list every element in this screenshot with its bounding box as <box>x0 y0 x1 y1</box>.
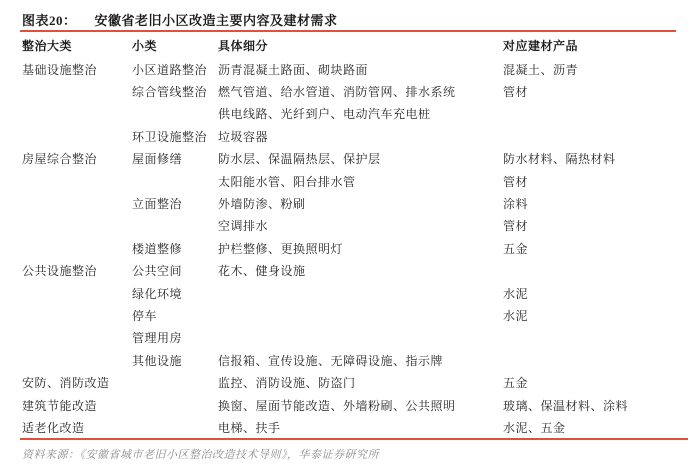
cell-category: 安防、消防改造 <box>22 374 132 391</box>
data-table: 整治大类 小类 具体细分 对应建材产品 基础设施整治 小区道路整治 沥青混凝土路… <box>22 33 676 439</box>
cell-category: 基础设施整治 <box>22 61 132 78</box>
cell-category: 适老化改造 <box>22 419 132 436</box>
table-row: 绿化环境 水泥 <box>22 282 676 304</box>
table-row: 空调排水 管材 <box>22 215 676 237</box>
cell-subcategory: 楼道整修 <box>132 240 218 257</box>
cell-detail: 垃圾容器 <box>218 128 503 145</box>
cell-material: 涂料 <box>503 195 676 212</box>
table-row: 太阳能水管、阳台排水管 管材 <box>22 170 676 192</box>
cell-material: 水泥 <box>503 285 676 302</box>
cell-material: 水泥 <box>503 307 676 324</box>
table-row: 供电线路、光纤到户、电动汽车充电桩 <box>22 103 676 125</box>
cell-category: 公共设施整治 <box>22 262 132 279</box>
table-row: 停车 水泥 <box>22 304 676 326</box>
cell-detail: 空调排水 <box>218 217 503 234</box>
cell-detail: 防水层、保温隔热层、保护层 <box>218 150 503 167</box>
cell-material: 防水材料、隔热材料 <box>503 150 676 167</box>
header-material: 对应建材产品 <box>503 37 676 54</box>
cell-subcategory: 综合管线整治 <box>132 83 218 100</box>
table-row: 综合管线整治 燃气管道、给水管道、消防管网、排水系统 管材 <box>22 80 676 102</box>
table-row: 环卫设施整治 垃圾容器 <box>22 125 676 147</box>
cell-material: 管材 <box>503 173 676 190</box>
cell-material: 五金 <box>503 374 676 391</box>
cell-subcategory: 绿化环境 <box>132 285 218 302</box>
cell-detail: 燃气管道、给水管道、消防管网、排水系统 <box>218 83 503 100</box>
cell-material: 五金 <box>503 240 676 257</box>
cell-detail: 花木、健身设施 <box>218 262 503 279</box>
cell-category: 房屋综合整治 <box>22 150 132 167</box>
cell-material: 管材 <box>503 217 676 234</box>
report-table-figure: 图表20： 安徽省老旧小区改造主要内容及建材需求 整治大类 小类 具体细分 对应… <box>0 0 694 467</box>
table-row: 房屋综合整治 屋面修缮 防水层、保温隔热层、保护层 防水材料、隔热材料 <box>22 148 676 170</box>
cell-detail: 换窗、屋面节能改造、外墙粉刷、公共照明 <box>218 397 503 414</box>
cell-detail: 监控、消防设施、防盗门 <box>218 374 503 391</box>
table-row: 建筑节能改造 换窗、屋面节能改造、外墙粉刷、公共照明 玻璃、保温材料、涂料 <box>22 394 676 416</box>
cell-detail: 电梯、扶手 <box>218 419 503 436</box>
cell-subcategory: 环卫设施整治 <box>132 128 218 145</box>
cell-subcategory: 小区道路整治 <box>132 61 218 78</box>
table-row: 适老化改造 电梯、扶手 水泥、五金 <box>22 416 676 438</box>
table-row: 公共设施整治 公共空间 花木、健身设施 <box>22 260 676 282</box>
table-row: 立面整治 外墙防渗、粉刷 涂料 <box>22 192 676 214</box>
cell-subcategory: 管理用房 <box>132 329 218 346</box>
table-header-row: 整治大类 小类 具体细分 对应建材产品 <box>22 33 676 58</box>
cell-detail: 信报箱、宣传设施、无障碍设施、指示牌 <box>218 352 503 369</box>
cell-detail: 供电线路、光纤到户、电动汽车充电桩 <box>218 105 503 122</box>
cell-material: 管材 <box>503 83 676 100</box>
cell-detail: 太阳能水管、阳台排水管 <box>218 173 503 190</box>
cell-material: 水泥、五金 <box>503 419 676 436</box>
cell-subcategory: 其他设施 <box>132 352 218 369</box>
source-note: 资料来源：《安徽省城市老旧小区整治改造技术导则》，华泰证券研究所 <box>22 446 676 462</box>
table-row: 楼道整修 护栏整修、更换照明灯 五金 <box>22 237 676 259</box>
figure-title: 图表20： 安徽省老旧小区改造主要内容及建材需求 <box>22 10 676 29</box>
cell-material: 混凝土、沥青 <box>503 61 676 78</box>
table-row: 其他设施 信报箱、宣传设施、无障碍设施、指示牌 <box>22 349 676 371</box>
cell-subcategory: 屋面修缮 <box>132 150 218 167</box>
cell-subcategory: 立面整治 <box>132 195 218 212</box>
cell-detail: 外墙防渗、粉刷 <box>218 195 503 212</box>
figure-title-text: 安徽省老旧小区改造主要内容及建材需求 <box>95 10 338 29</box>
header-category: 整治大类 <box>22 37 132 54</box>
cell-detail: 护栏整修、更换照明灯 <box>218 240 503 257</box>
figure-number-label: 图表20： <box>22 10 77 29</box>
cell-subcategory: 公共空间 <box>132 262 218 279</box>
bottom-accent-rule <box>20 438 688 440</box>
table-row: 基础设施整治 小区道路整治 沥青混凝土路面、砌块路面 混凝土、沥青 <box>22 58 676 80</box>
table-row: 安防、消防改造 监控、消防设施、防盗门 五金 <box>22 371 676 393</box>
header-subcategory: 小类 <box>132 37 218 54</box>
top-accent-rule <box>20 30 676 32</box>
header-detail: 具体细分 <box>218 37 503 54</box>
cell-category: 建筑节能改造 <box>22 397 132 414</box>
cell-subcategory: 停车 <box>132 307 218 324</box>
cell-detail: 沥青混凝土路面、砌块路面 <box>218 61 503 78</box>
cell-material: 玻璃、保温材料、涂料 <box>503 397 676 414</box>
table-row: 管理用房 <box>22 327 676 349</box>
